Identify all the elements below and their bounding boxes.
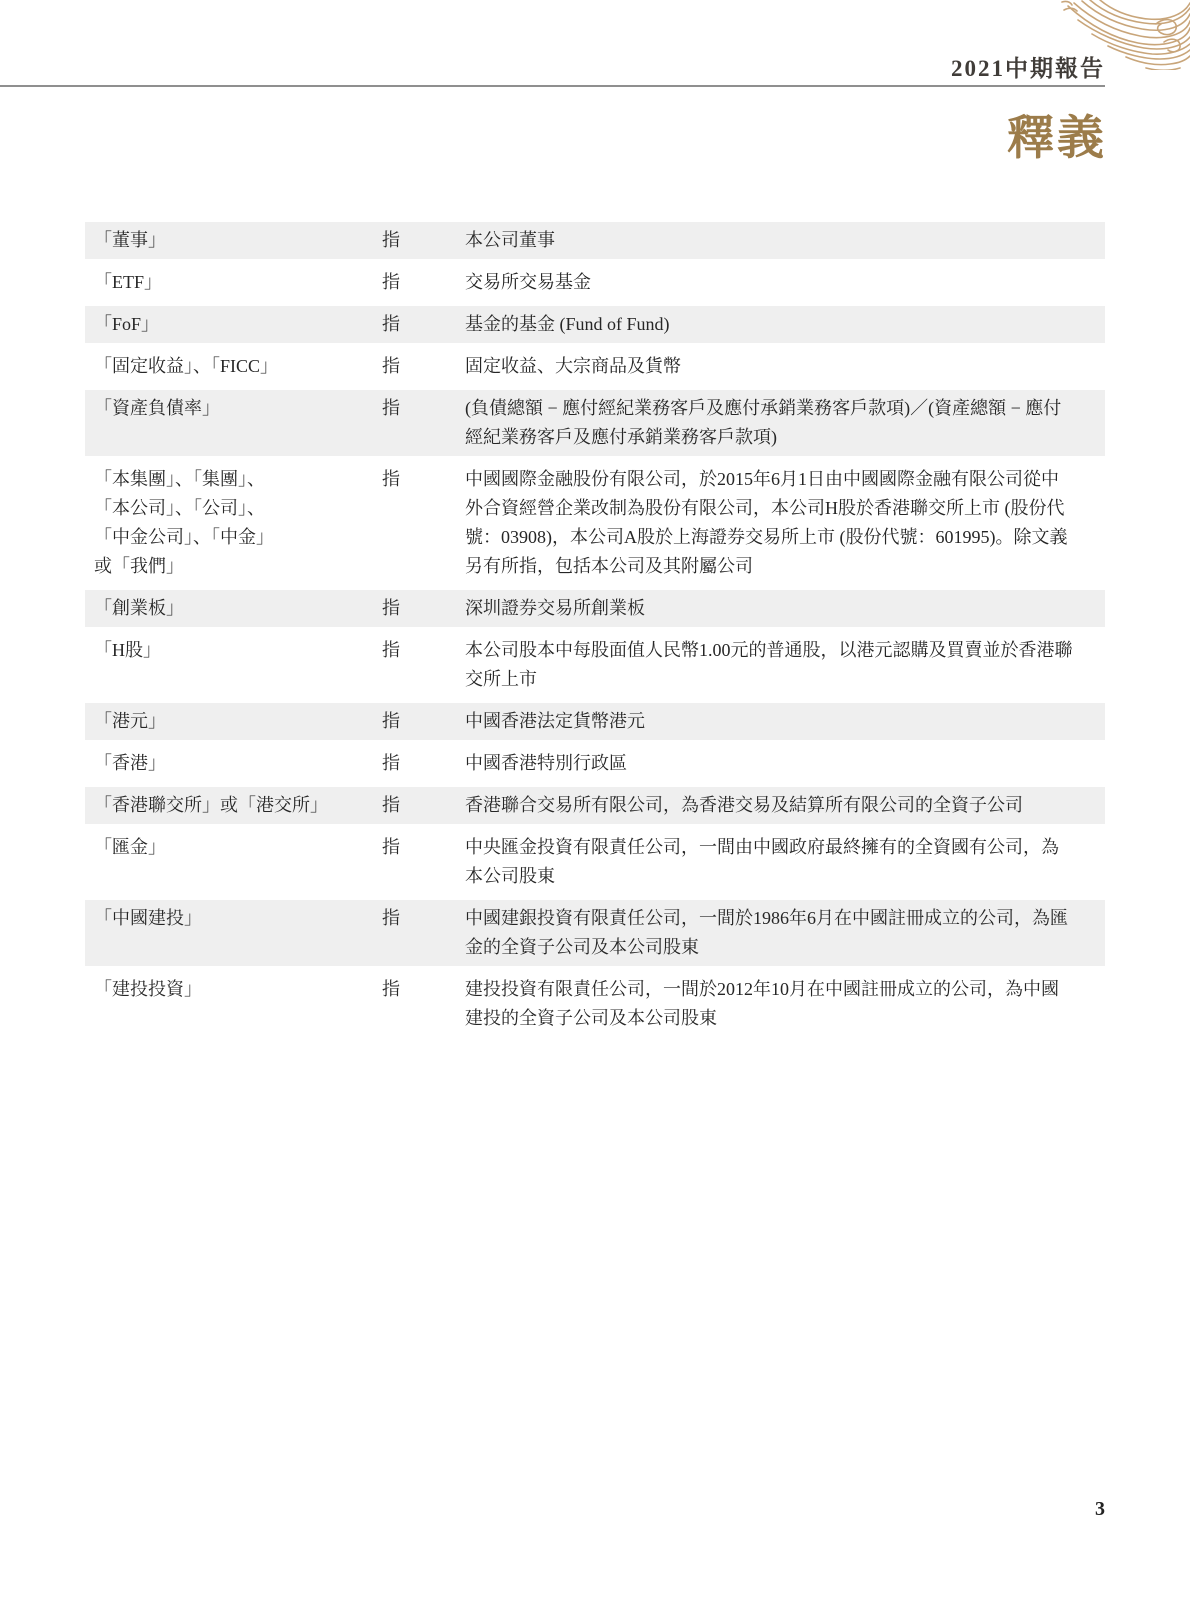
page-number: 3 — [1095, 1498, 1105, 1521]
term-cell: 「董事」 — [85, 226, 382, 255]
term-cell: 「ETF」 — [85, 268, 382, 297]
table-row: 「ETF」指交易所交易基金 — [85, 264, 1105, 301]
term-cell: 「香港」 — [85, 749, 382, 778]
term-cell: 「香港聯交所」或「港交所」 — [85, 791, 382, 820]
link-word: 指 — [382, 268, 465, 297]
definition-cell: 香港聯合交易所有限公司，為香港交易及結算所有限公司的全資子公司 — [465, 791, 1105, 820]
link-word: 指 — [382, 636, 465, 694]
definition-cell: 固定收益、大宗商品及貨幣 — [465, 352, 1105, 381]
definition-cell: 中央匯金投資有限責任公司，一間由中國政府最終擁有的全資國有公司，為本公司股東 — [465, 833, 1105, 891]
report-title: 2021中期報告 — [951, 50, 1105, 83]
definition-cell: 基金的基金 (Fund of Fund) — [465, 310, 1105, 339]
term-cell: 「創業板」 — [85, 594, 382, 623]
link-word: 指 — [382, 394, 465, 452]
table-row: 「匯金」指中央匯金投資有限責任公司，一間由中國政府最終擁有的全資國有公司，為本公… — [85, 829, 1105, 895]
link-word: 指 — [382, 749, 465, 778]
definition-cell: 中國香港法定貨幣港元 — [465, 707, 1105, 736]
definition-cell: (負債總額 − 應付經紀業務客戶及應付承銷業務客戶款項)／(資產總額 − 應付經… — [465, 394, 1105, 452]
definition-cell: 中國香港特別行政區 — [465, 749, 1105, 778]
term-cell: 「中國建投」 — [85, 904, 382, 962]
link-word: 指 — [382, 833, 465, 891]
definition-cell: 本公司股本中每股面值人民幣1.00元的普通股，以港元認購及買賣並於香港聯交所上市 — [465, 636, 1105, 694]
term-cell: 「本集團」、「集團」、 「本公司」、「公司」、 「中金公司」、「中金」 或「我們… — [85, 465, 382, 581]
page-title: 釋義 — [1007, 101, 1107, 168]
link-word: 指 — [382, 226, 465, 255]
definition-cell: 中國國際金融股份有限公司，於2015年6月1日由中國國際金融有限公司從中外合資經… — [465, 465, 1105, 581]
definition-cell: 交易所交易基金 — [465, 268, 1105, 297]
term-cell: 「H股」 — [85, 636, 382, 694]
table-row: 「FoF」指基金的基金 (Fund of Fund) — [85, 306, 1105, 343]
link-word: 指 — [382, 465, 465, 581]
definition-cell: 建投投資有限責任公司，一間於2012年10月在中國註冊成立的公司，為中國建投的全… — [465, 975, 1105, 1033]
table-row: 「建投投資」指建投投資有限責任公司，一間於2012年10月在中國註冊成立的公司，… — [85, 971, 1105, 1037]
term-cell: 「FoF」 — [85, 310, 382, 339]
link-word: 指 — [382, 594, 465, 623]
term-cell: 「港元」 — [85, 707, 382, 736]
header-divider — [0, 85, 1105, 87]
table-row: 「資產負債率」指(負債總額 − 應付經紀業務客戶及應付承銷業務客戶款項)／(資產… — [85, 390, 1105, 456]
term-cell: 「固定收益」、「FICC」 — [85, 352, 382, 381]
table-row: 「董事」指本公司董事 — [85, 222, 1105, 259]
table-row: 「H股」指本公司股本中每股面值人民幣1.00元的普通股，以港元認購及買賣並於香港… — [85, 632, 1105, 698]
table-row: 「香港」指中國香港特別行政區 — [85, 745, 1105, 782]
term-cell: 「資產負債率」 — [85, 394, 382, 452]
document-page: 2021中期報告 釋義 「董事」指本公司董事「ETF」指交易所交易基金「FoF」… — [0, 0, 1190, 1615]
table-row: 「固定收益」、「FICC」指固定收益、大宗商品及貨幣 — [85, 348, 1105, 385]
definition-cell: 深圳證券交易所創業板 — [465, 594, 1105, 623]
table-row: 「香港聯交所」或「港交所」指香港聯合交易所有限公司，為香港交易及結算所有限公司的… — [85, 787, 1105, 824]
term-cell: 「建投投資」 — [85, 975, 382, 1033]
table-row: 「中國建投」指中國建銀投資有限責任公司，一間於1986年6月在中國註冊成立的公司… — [85, 900, 1105, 966]
table-row: 「創業板」指深圳證券交易所創業板 — [85, 590, 1105, 627]
table-row: 「港元」指中國香港法定貨幣港元 — [85, 703, 1105, 740]
link-word: 指 — [382, 904, 465, 962]
definitions-table: 「董事」指本公司董事「ETF」指交易所交易基金「FoF」指基金的基金 (Fund… — [85, 222, 1105, 1042]
definition-cell: 本公司董事 — [465, 226, 1105, 255]
definition-cell: 中國建銀投資有限責任公司，一間於1986年6月在中國註冊成立的公司，為匯金的全資… — [465, 904, 1105, 962]
link-word: 指 — [382, 310, 465, 339]
link-word: 指 — [382, 791, 465, 820]
link-word: 指 — [382, 975, 465, 1033]
link-word: 指 — [382, 707, 465, 736]
link-word: 指 — [382, 352, 465, 381]
table-row: 「本集團」、「集團」、 「本公司」、「公司」、 「中金公司」、「中金」 或「我們… — [85, 461, 1105, 585]
term-cell: 「匯金」 — [85, 833, 382, 891]
